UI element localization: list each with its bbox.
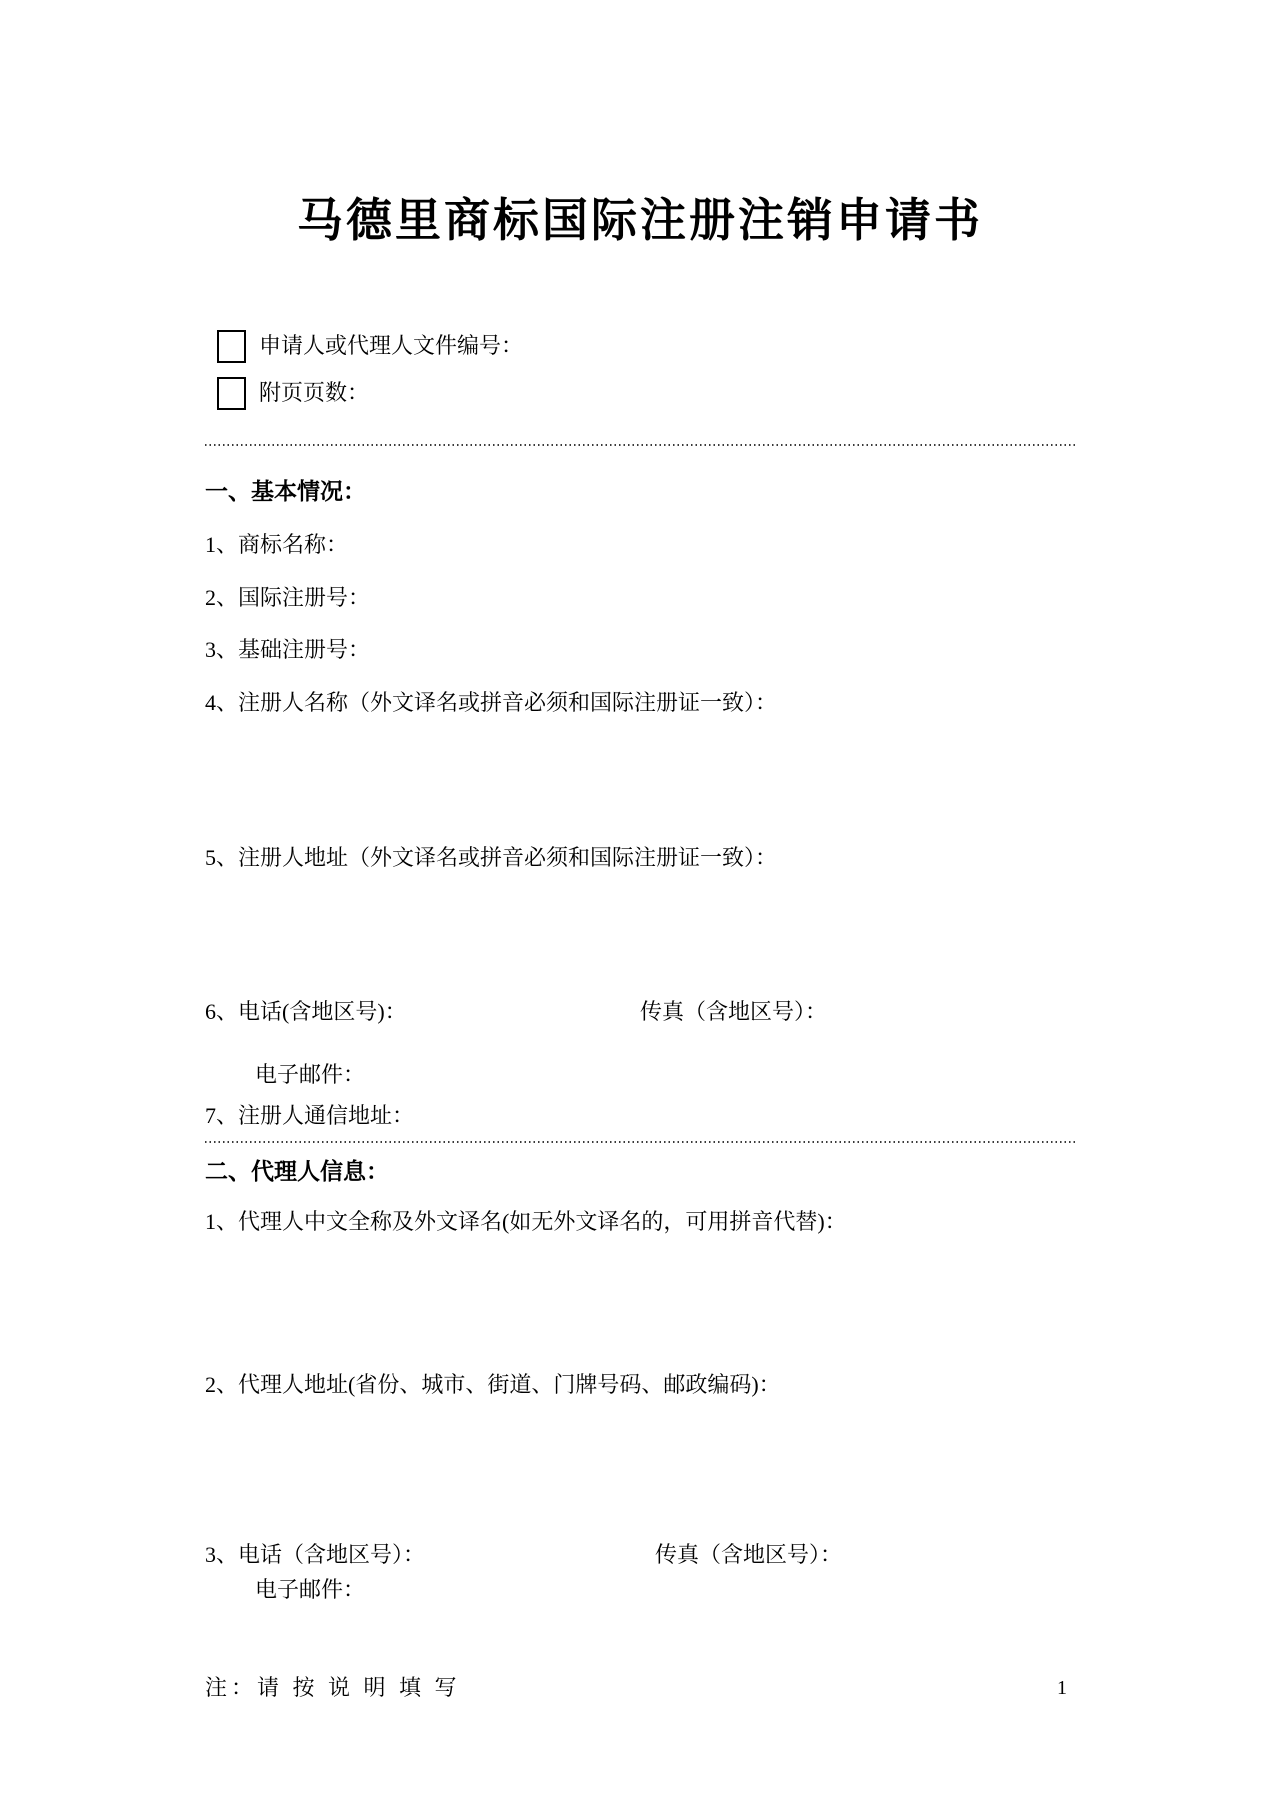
registrant-mailing-address-label: 7、注册人通信地址： [205, 1103, 414, 1128]
registrant-phone-label: 6、电话(含地区号)： [205, 999, 407, 1024]
attachment-pages-label: 附页页数： [259, 378, 369, 408]
section-basic-info-heading: 一、基本情况： [205, 477, 1075, 507]
field-applicant-file-number: 申请人或代理人文件编号： [205, 329, 1087, 363]
field-trademark-name: 1、商标名称： [205, 530, 1075, 560]
applicant-file-number-checkbox[interactable] [217, 330, 246, 363]
agent-phone-label: 3、电话（含地区号）： [205, 1542, 425, 1567]
page-footer: 注：请 按 说 明 填 写 1 [205, 1673, 1075, 1703]
registrant-fax-label: 传真（含地区号）： [640, 997, 827, 1027]
dotted-separator-middle [205, 1141, 1075, 1143]
section-agent-info-heading: 二、代理人信息： [205, 1157, 1075, 1187]
basic-registration-number-label: 3、基础注册号： [205, 637, 370, 662]
agent-name-label: 1、代理人中文全称及外文译名(如无外文译名的，可用拼音代替)： [205, 1209, 847, 1234]
field-registrant-phone-fax: 6、电话(含地区号)： 传真（含地区号）： [205, 997, 1075, 1027]
field-attachment-pages: 附页页数： [205, 376, 1087, 410]
field-registrant-mailing-address: 7、注册人通信地址： [205, 1101, 1075, 1131]
applicant-file-number-label: 申请人或代理人文件编号： [259, 331, 523, 361]
field-basic-registration-number: 3、基础注册号： [205, 635, 1075, 665]
registrant-name-label: 4、注册人名称（外文译名或拼音必须和国际注册证一致）： [205, 690, 777, 715]
field-international-registration-number: 2、国际注册号： [205, 583, 1075, 613]
field-registrant-email: 电子邮件： [205, 1060, 1125, 1090]
document-page: 马德里商标国际注册注销申请书 申请人或代理人文件编号： 附页页数： 一、基本情况… [0, 0, 1280, 1810]
registrant-email-label: 电子邮件： [255, 1062, 365, 1087]
dotted-separator-top [205, 444, 1075, 446]
agent-fax-label: 传真（含地区号）： [655, 1540, 842, 1570]
document-title: 马德里商标国际注册注销申请书 [0, 184, 1280, 250]
trademark-name-label: 1、商标名称： [205, 532, 348, 557]
page-number: 1 [1057, 1673, 1075, 1703]
field-agent-phone-fax: 3、电话（含地区号）： 传真（含地区号）： [205, 1540, 1075, 1570]
international-registration-number-label: 2、国际注册号： [205, 585, 370, 610]
field-registrant-name: 4、注册人名称（外文译名或拼音必须和国际注册证一致）： [205, 688, 1075, 718]
field-agent-name: 1、代理人中文全称及外文译名(如无外文译名的，可用拼音代替)： [205, 1207, 1075, 1237]
field-agent-email: 电子邮件： [205, 1575, 1125, 1605]
field-agent-address: 2、代理人地址(省份、城市、街道、门牌号码、邮政编码)： [205, 1370, 1075, 1400]
footer-note: 注：请 按 说 明 填 写 [205, 1673, 461, 1703]
agent-email-label: 电子邮件： [255, 1577, 365, 1602]
registrant-address-label: 5、注册人地址（外文译名或拼音必须和国际注册证一致）： [205, 845, 777, 870]
field-registrant-address: 5、注册人地址（外文译名或拼音必须和国际注册证一致）： [205, 843, 1075, 873]
agent-address-label: 2、代理人地址(省份、城市、街道、门牌号码、邮政编码)： [205, 1372, 781, 1397]
attachment-pages-checkbox[interactable] [217, 377, 246, 410]
